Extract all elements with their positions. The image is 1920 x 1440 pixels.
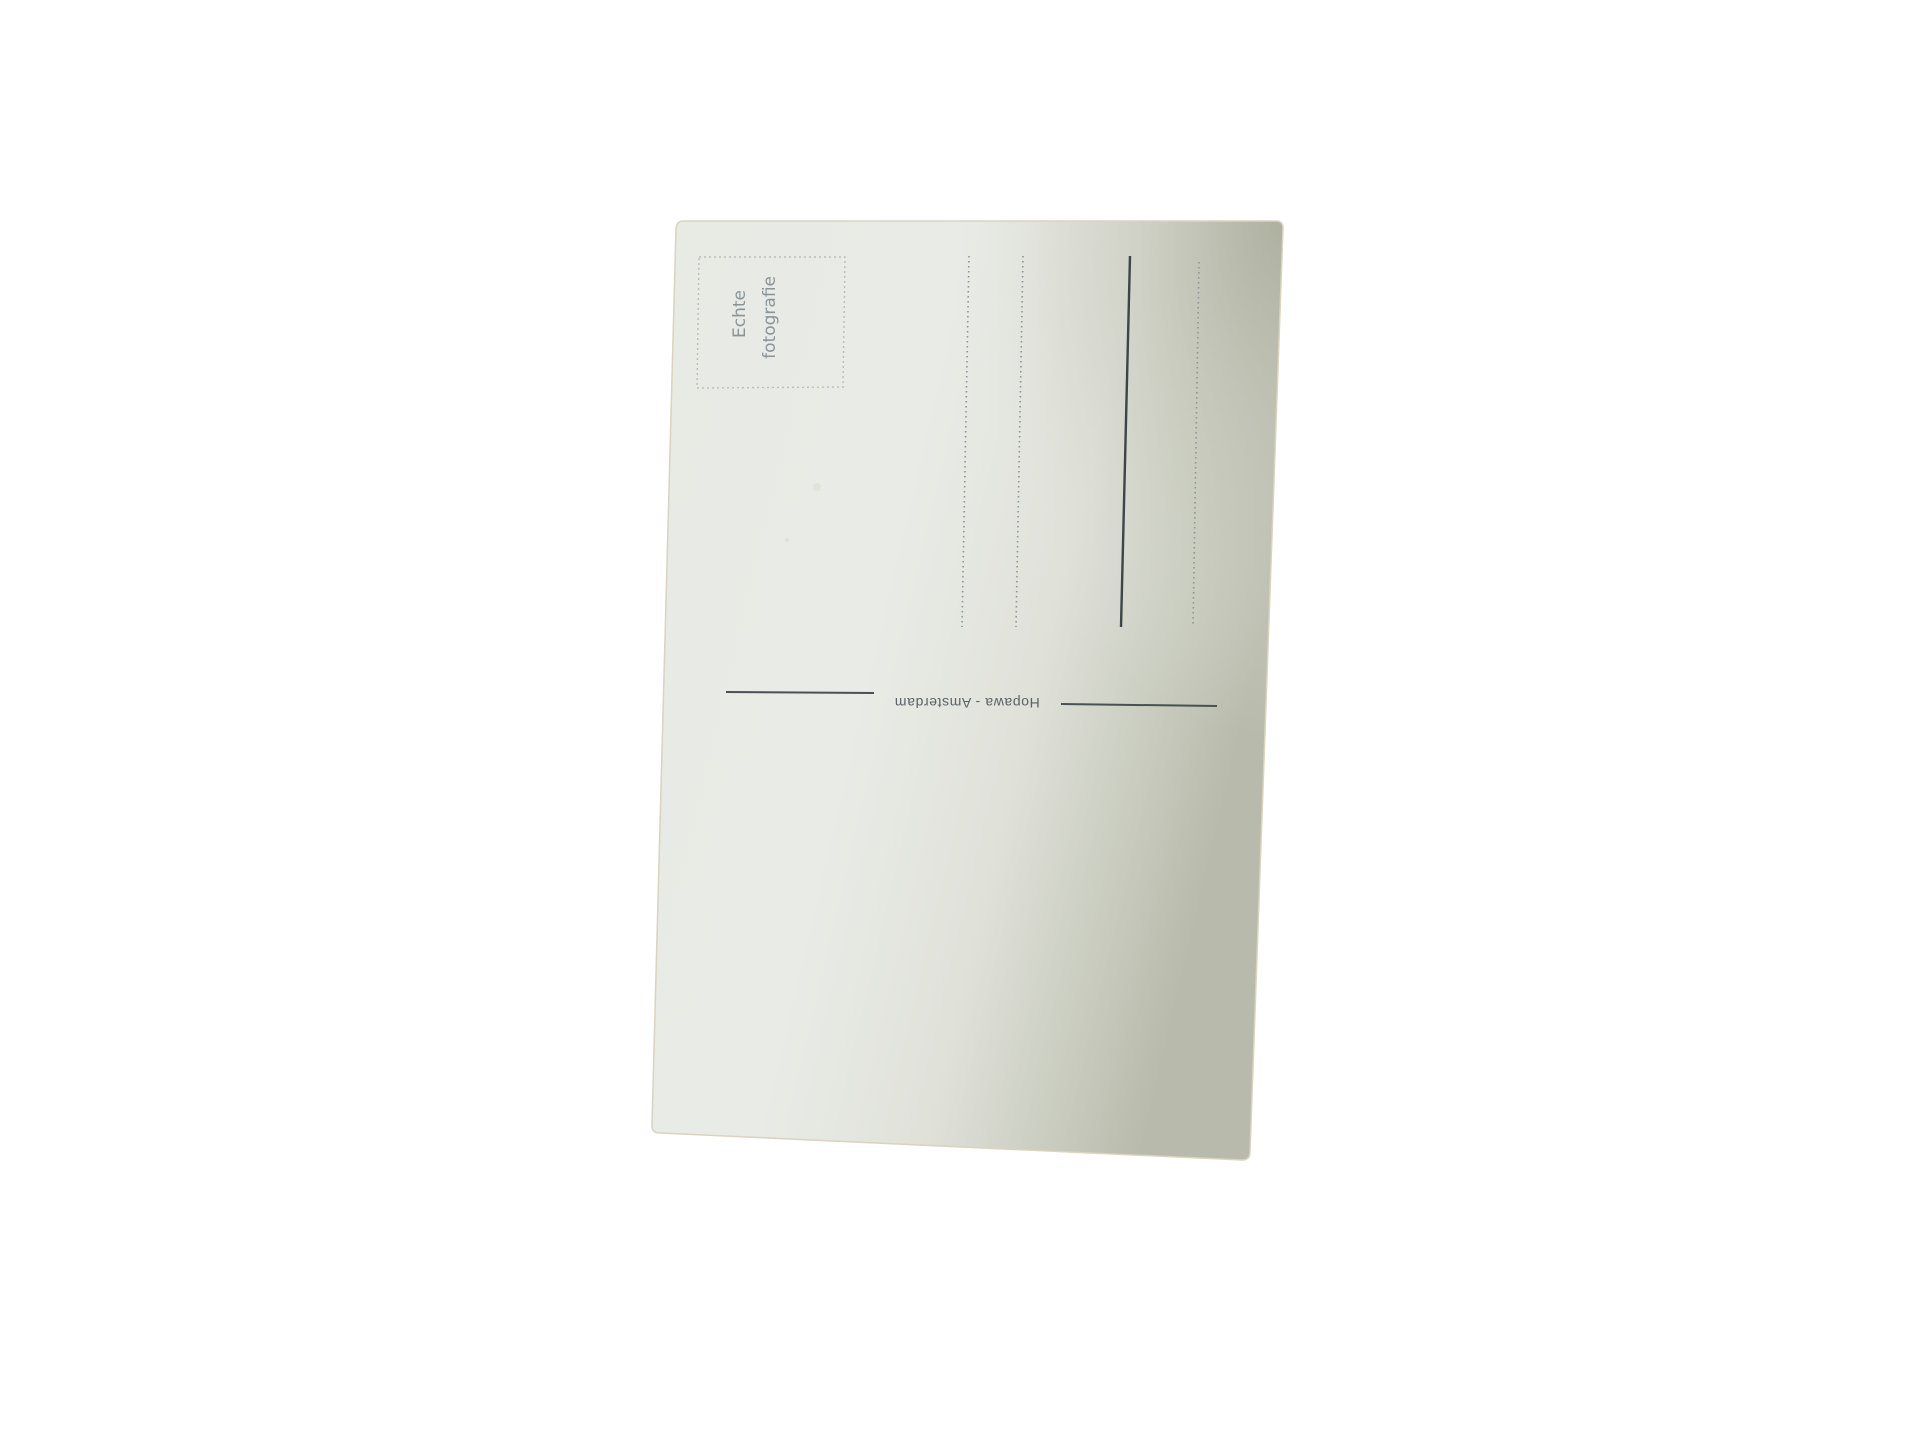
stamp-text-line2: fotografie bbox=[760, 276, 780, 359]
stamp-text-line1: Echte bbox=[730, 290, 750, 338]
postcard: Echte fotografie Hopawa - Amsterdam bbox=[0, 0, 1920, 1440]
photo-stage: Echte fotografie Hopawa - Amsterdam bbox=[0, 0, 1920, 1440]
publisher-imprint: Hopawa - Amsterdam bbox=[894, 695, 1039, 711]
left-rule bbox=[726, 692, 874, 693]
